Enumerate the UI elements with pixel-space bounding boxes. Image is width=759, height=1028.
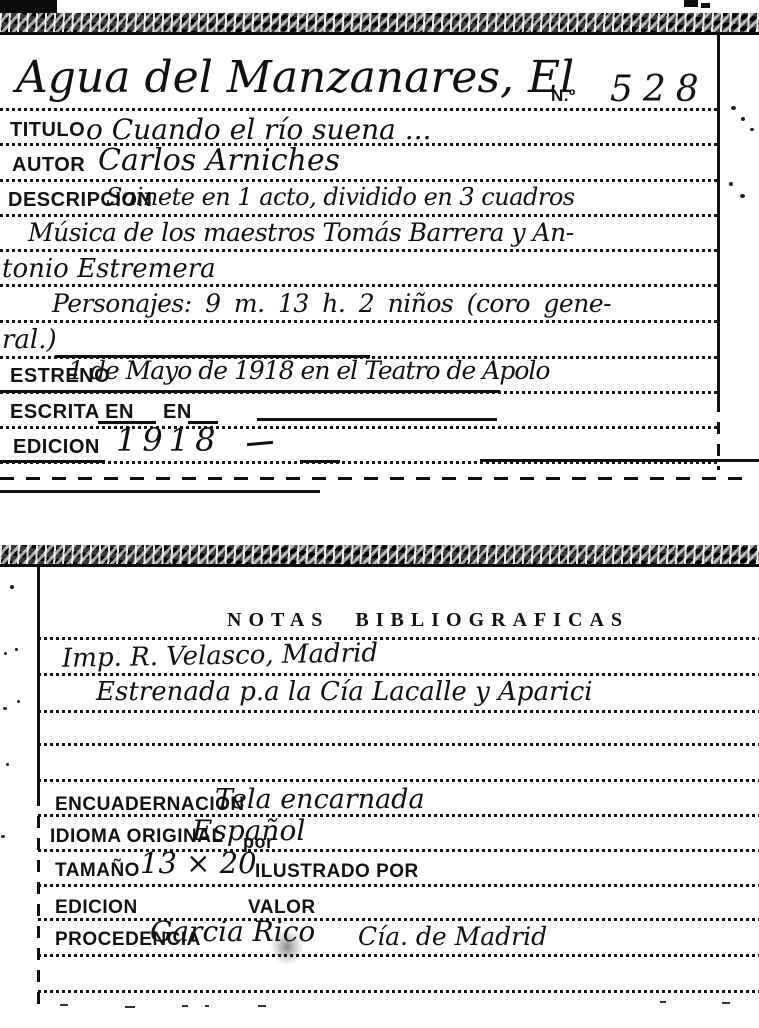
field-value-personajes-line2: ral.) bbox=[2, 327, 57, 353]
scan-edge-mark bbox=[684, 0, 698, 7]
field-value-encuadernacion: Tela encarnada bbox=[215, 786, 425, 813]
scan-speck bbox=[4, 652, 7, 655]
scan-speck bbox=[660, 1001, 666, 1003]
scan-speck bbox=[741, 117, 745, 121]
scan-speck bbox=[10, 585, 14, 589]
scan-edge-mark bbox=[701, 3, 710, 8]
field-label-titulo: TITULO bbox=[10, 120, 85, 140]
scan-noise-band-top bbox=[0, 13, 759, 35]
ruled-line bbox=[38, 637, 759, 640]
field-label-autor: AUTOR bbox=[12, 155, 85, 175]
scan-edge-mark bbox=[0, 0, 57, 13]
ruled-line bbox=[38, 918, 759, 921]
field-label-edicion-back: EDICION bbox=[55, 898, 138, 917]
scan-speck bbox=[750, 128, 754, 131]
field-value-descripcion-line3: tonio Estremera bbox=[2, 256, 216, 282]
ink-smudge bbox=[270, 928, 304, 966]
ruled-line-solid bbox=[300, 460, 340, 463]
blank-line bbox=[257, 418, 497, 421]
field-value-procedencia-2: Cía. de Madrid bbox=[358, 924, 547, 949]
scan-noise-band-bottom bbox=[0, 545, 759, 567]
scan-speck bbox=[740, 194, 745, 198]
ruled-line-solid bbox=[0, 390, 500, 393]
ruled-line bbox=[0, 179, 719, 182]
scan-speck bbox=[205, 1005, 209, 1007]
field-value-autor: Carlos Arniches bbox=[98, 146, 340, 176]
scan-speck bbox=[6, 763, 9, 766]
scan-speck bbox=[729, 182, 733, 186]
card-border-left bbox=[37, 564, 40, 794]
field-label-tamano: TAMAÑO bbox=[55, 861, 140, 880]
card-bottom-edge bbox=[0, 490, 320, 493]
notes-line1: Imp. R. Velasco, Madrid bbox=[62, 640, 378, 672]
catalog-number-label: N.º bbox=[551, 87, 576, 104]
handwritten-title: Agua del Manzanares, El bbox=[16, 56, 574, 100]
field-value-titulo: o Cuando el río suena ... bbox=[86, 116, 431, 144]
field-value-descripcion-line1: Sainete en 1 acto, dividido en 3 cuadros bbox=[106, 185, 575, 209]
field-label-escrita-en: ESCRITA EN bbox=[10, 402, 134, 422]
scan-speck bbox=[3, 707, 7, 710]
ruled-line bbox=[38, 990, 759, 993]
ruled-line bbox=[0, 426, 719, 429]
ruled-line bbox=[0, 249, 719, 252]
ruled-line bbox=[0, 320, 719, 323]
scan-speck bbox=[17, 700, 20, 703]
ruled-line bbox=[38, 710, 759, 713]
scan-speck bbox=[125, 1006, 135, 1008]
field-label-edicion: EDICION bbox=[13, 437, 100, 457]
notes-heading: NOTAS BIBLIOGRAFICAS bbox=[227, 610, 629, 630]
scan-speck bbox=[731, 106, 736, 110]
ruled-line bbox=[0, 214, 719, 217]
field-value-descripcion-line2: Música de los maestros Tomás Barrera y A… bbox=[28, 220, 574, 245]
catalog-number-value: 528 bbox=[610, 72, 709, 108]
scan-speck bbox=[15, 648, 18, 651]
ruled-line-solid bbox=[0, 460, 105, 463]
field-value-estreno: 1 de Mayo de 1918 en el Teatro de Apolo bbox=[68, 358, 549, 383]
scan-speck bbox=[722, 1002, 730, 1004]
ruled-line-solid bbox=[480, 459, 759, 462]
ruled-line bbox=[38, 954, 759, 957]
field-label-en: EN bbox=[163, 402, 192, 422]
card-bottom-dashed-edge bbox=[0, 477, 750, 480]
scan-speck bbox=[258, 1005, 266, 1007]
handwritten-dash bbox=[247, 441, 273, 446]
ruled-line bbox=[0, 284, 719, 287]
scanned-catalog-card-page: Agua del Manzanares, El N.º 528 TITULO o… bbox=[0, 0, 759, 1028]
scan-speck bbox=[60, 1004, 68, 1006]
field-value-tamano: 13 × 20 bbox=[140, 849, 257, 878]
card-border-left-dashed bbox=[37, 794, 40, 1008]
field-value-edicion: 1918 bbox=[116, 424, 221, 456]
field-value-personajes-line1: Personajes: 9 m. 13 h. 2 niños (coro gen… bbox=[52, 291, 611, 316]
field-label-ilustrado-por: ILUSTRADO POR bbox=[255, 862, 419, 881]
ruled-line bbox=[38, 743, 759, 746]
scan-speck bbox=[182, 1005, 188, 1007]
scan-speck bbox=[1, 835, 5, 838]
notes-line2: Estrenada p.a la Cía Lacalle y Aparici bbox=[96, 679, 593, 705]
ruled-line bbox=[38, 884, 759, 887]
ruled-line bbox=[38, 673, 759, 676]
ruled-line bbox=[38, 779, 759, 782]
